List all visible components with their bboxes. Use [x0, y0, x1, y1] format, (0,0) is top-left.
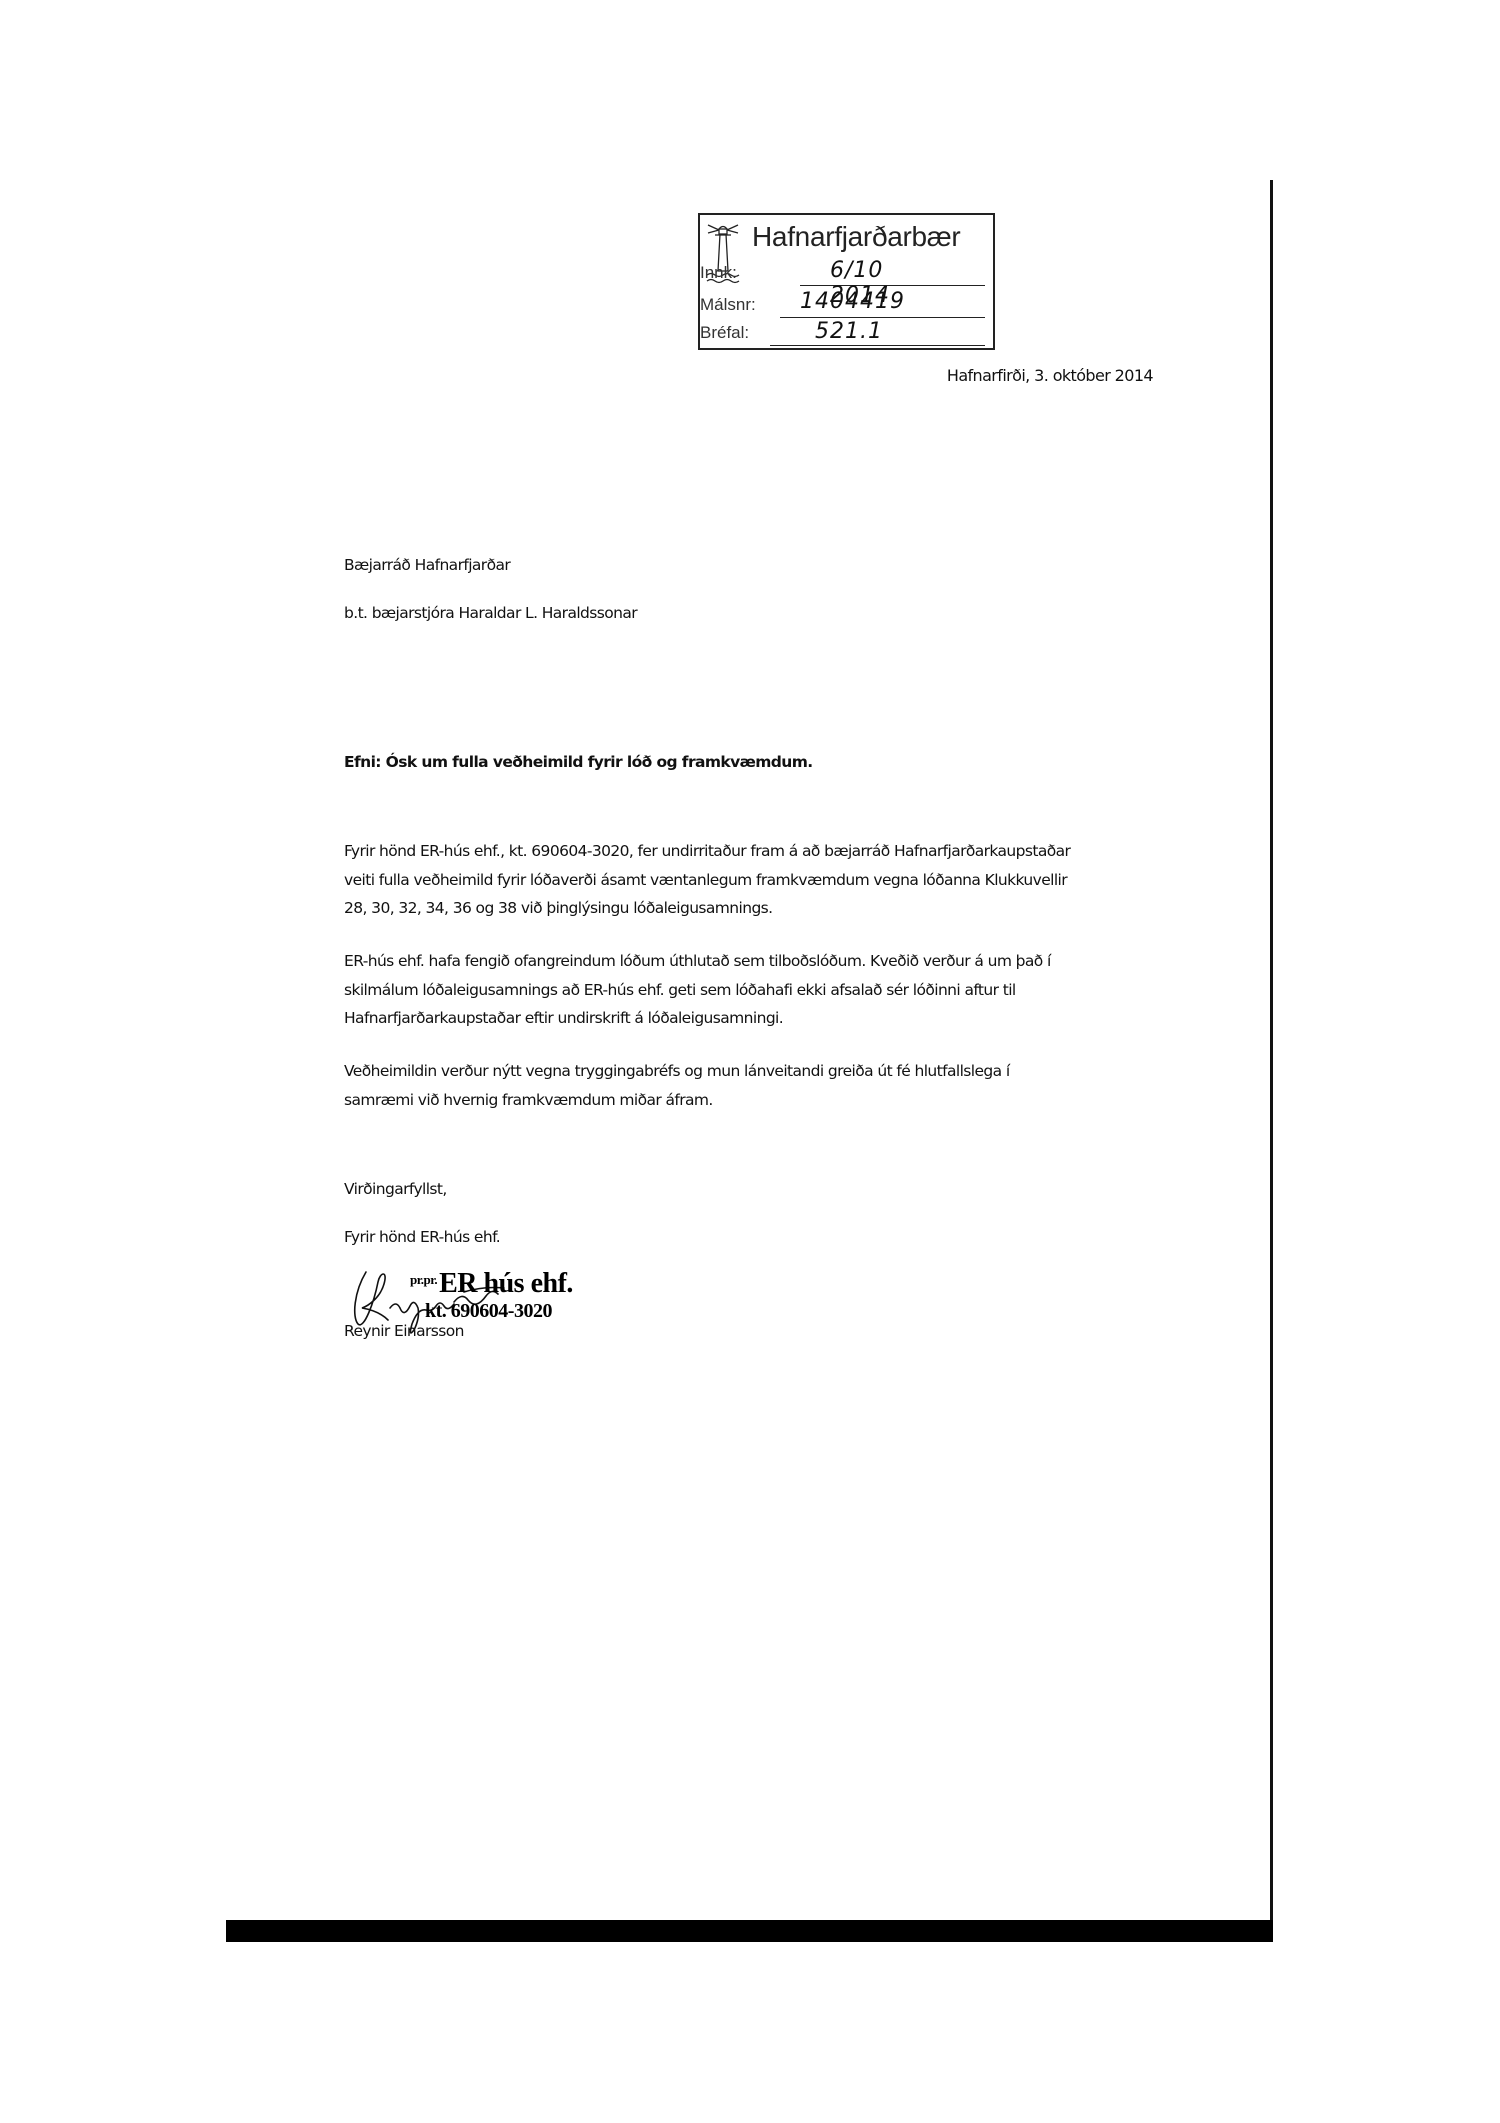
closing-salutation: Virðingarfyllst,	[344, 1180, 1164, 1198]
stamp-malsnr-value: 1404419	[800, 289, 905, 314]
stamp-brefal-label: Bréfal:	[700, 323, 749, 343]
paragraph-line: samræmi við hvernig framkvæmdum miðar áf…	[344, 1086, 1164, 1115]
letter-subject: Efni: Ósk um fulla veðheimild fyrir lóð …	[344, 753, 1164, 771]
stamp-innk-label: Innk:	[700, 263, 737, 283]
paragraph-line: ER-hús ehf. hafa fengið ofangreindum lóð…	[344, 947, 1164, 976]
stamp-organization: Hafnarfjarðarbær	[752, 221, 960, 253]
stamp-brefal-value: 521.1	[815, 319, 883, 344]
signer-name: Reynir Einarsson	[344, 1322, 1164, 1340]
paragraph-line: veiti fulla veðheimild fyrir lóðaverði á…	[344, 866, 1164, 895]
stamp-malsnr-label: Málsnr:	[700, 295, 756, 315]
stamp-innk-line	[800, 263, 985, 286]
body-paragraph-2: ER-hús ehf. hafa fengið ofangreindum lóð…	[344, 947, 1164, 1033]
paragraph-line: Hafnarfjarðarkaupstaðar eftir undirskrif…	[344, 1004, 1164, 1033]
on-behalf-line: Fyrir hönd ER-hús ehf.	[344, 1228, 1164, 1246]
page-right-border	[1270, 180, 1273, 1942]
paragraph-line: Veðheimildin verður nýtt vegna trygginga…	[344, 1057, 1164, 1086]
letter-date: Hafnarfirði, 3. október 2014	[880, 366, 1153, 385]
page-bottom-scan-bar	[226, 1920, 1273, 1942]
recipient-line-2: b.t. bæjarstjóra Haraldar L. Haraldssona…	[344, 604, 1164, 622]
paragraph-line: skilmálum lóðaleigusamnings að ER-hús eh…	[344, 976, 1164, 1005]
body-paragraph-3: Veðheimildin verður nýtt vegna trygginga…	[344, 1057, 1164, 1114]
body-paragraph-1: Fyrir hönd ER-hús ehf., kt. 690604-3020,…	[344, 837, 1164, 923]
recipient-line-1: Bæjarráð Hafnarfjarðar	[344, 556, 1164, 574]
company-stamp-name: pr.pr.ER hús ehf.	[410, 1268, 573, 1300]
company-stamp-id: kt. 690604-3020	[425, 1300, 552, 1323]
company-stamp-prefix: pr.pr.	[410, 1272, 437, 1287]
company-stamp-company: ER hús ehf.	[439, 1268, 573, 1299]
reception-stamp: Hafnarfjarðarbær Innk: 6/10 2014 Málsnr:…	[698, 213, 995, 350]
paragraph-line: 28, 30, 32, 34, 36 og 38 við þinglýsingu…	[344, 894, 1164, 923]
paragraph-line: Fyrir hönd ER-hús ehf., kt. 690604-3020,…	[344, 837, 1164, 866]
